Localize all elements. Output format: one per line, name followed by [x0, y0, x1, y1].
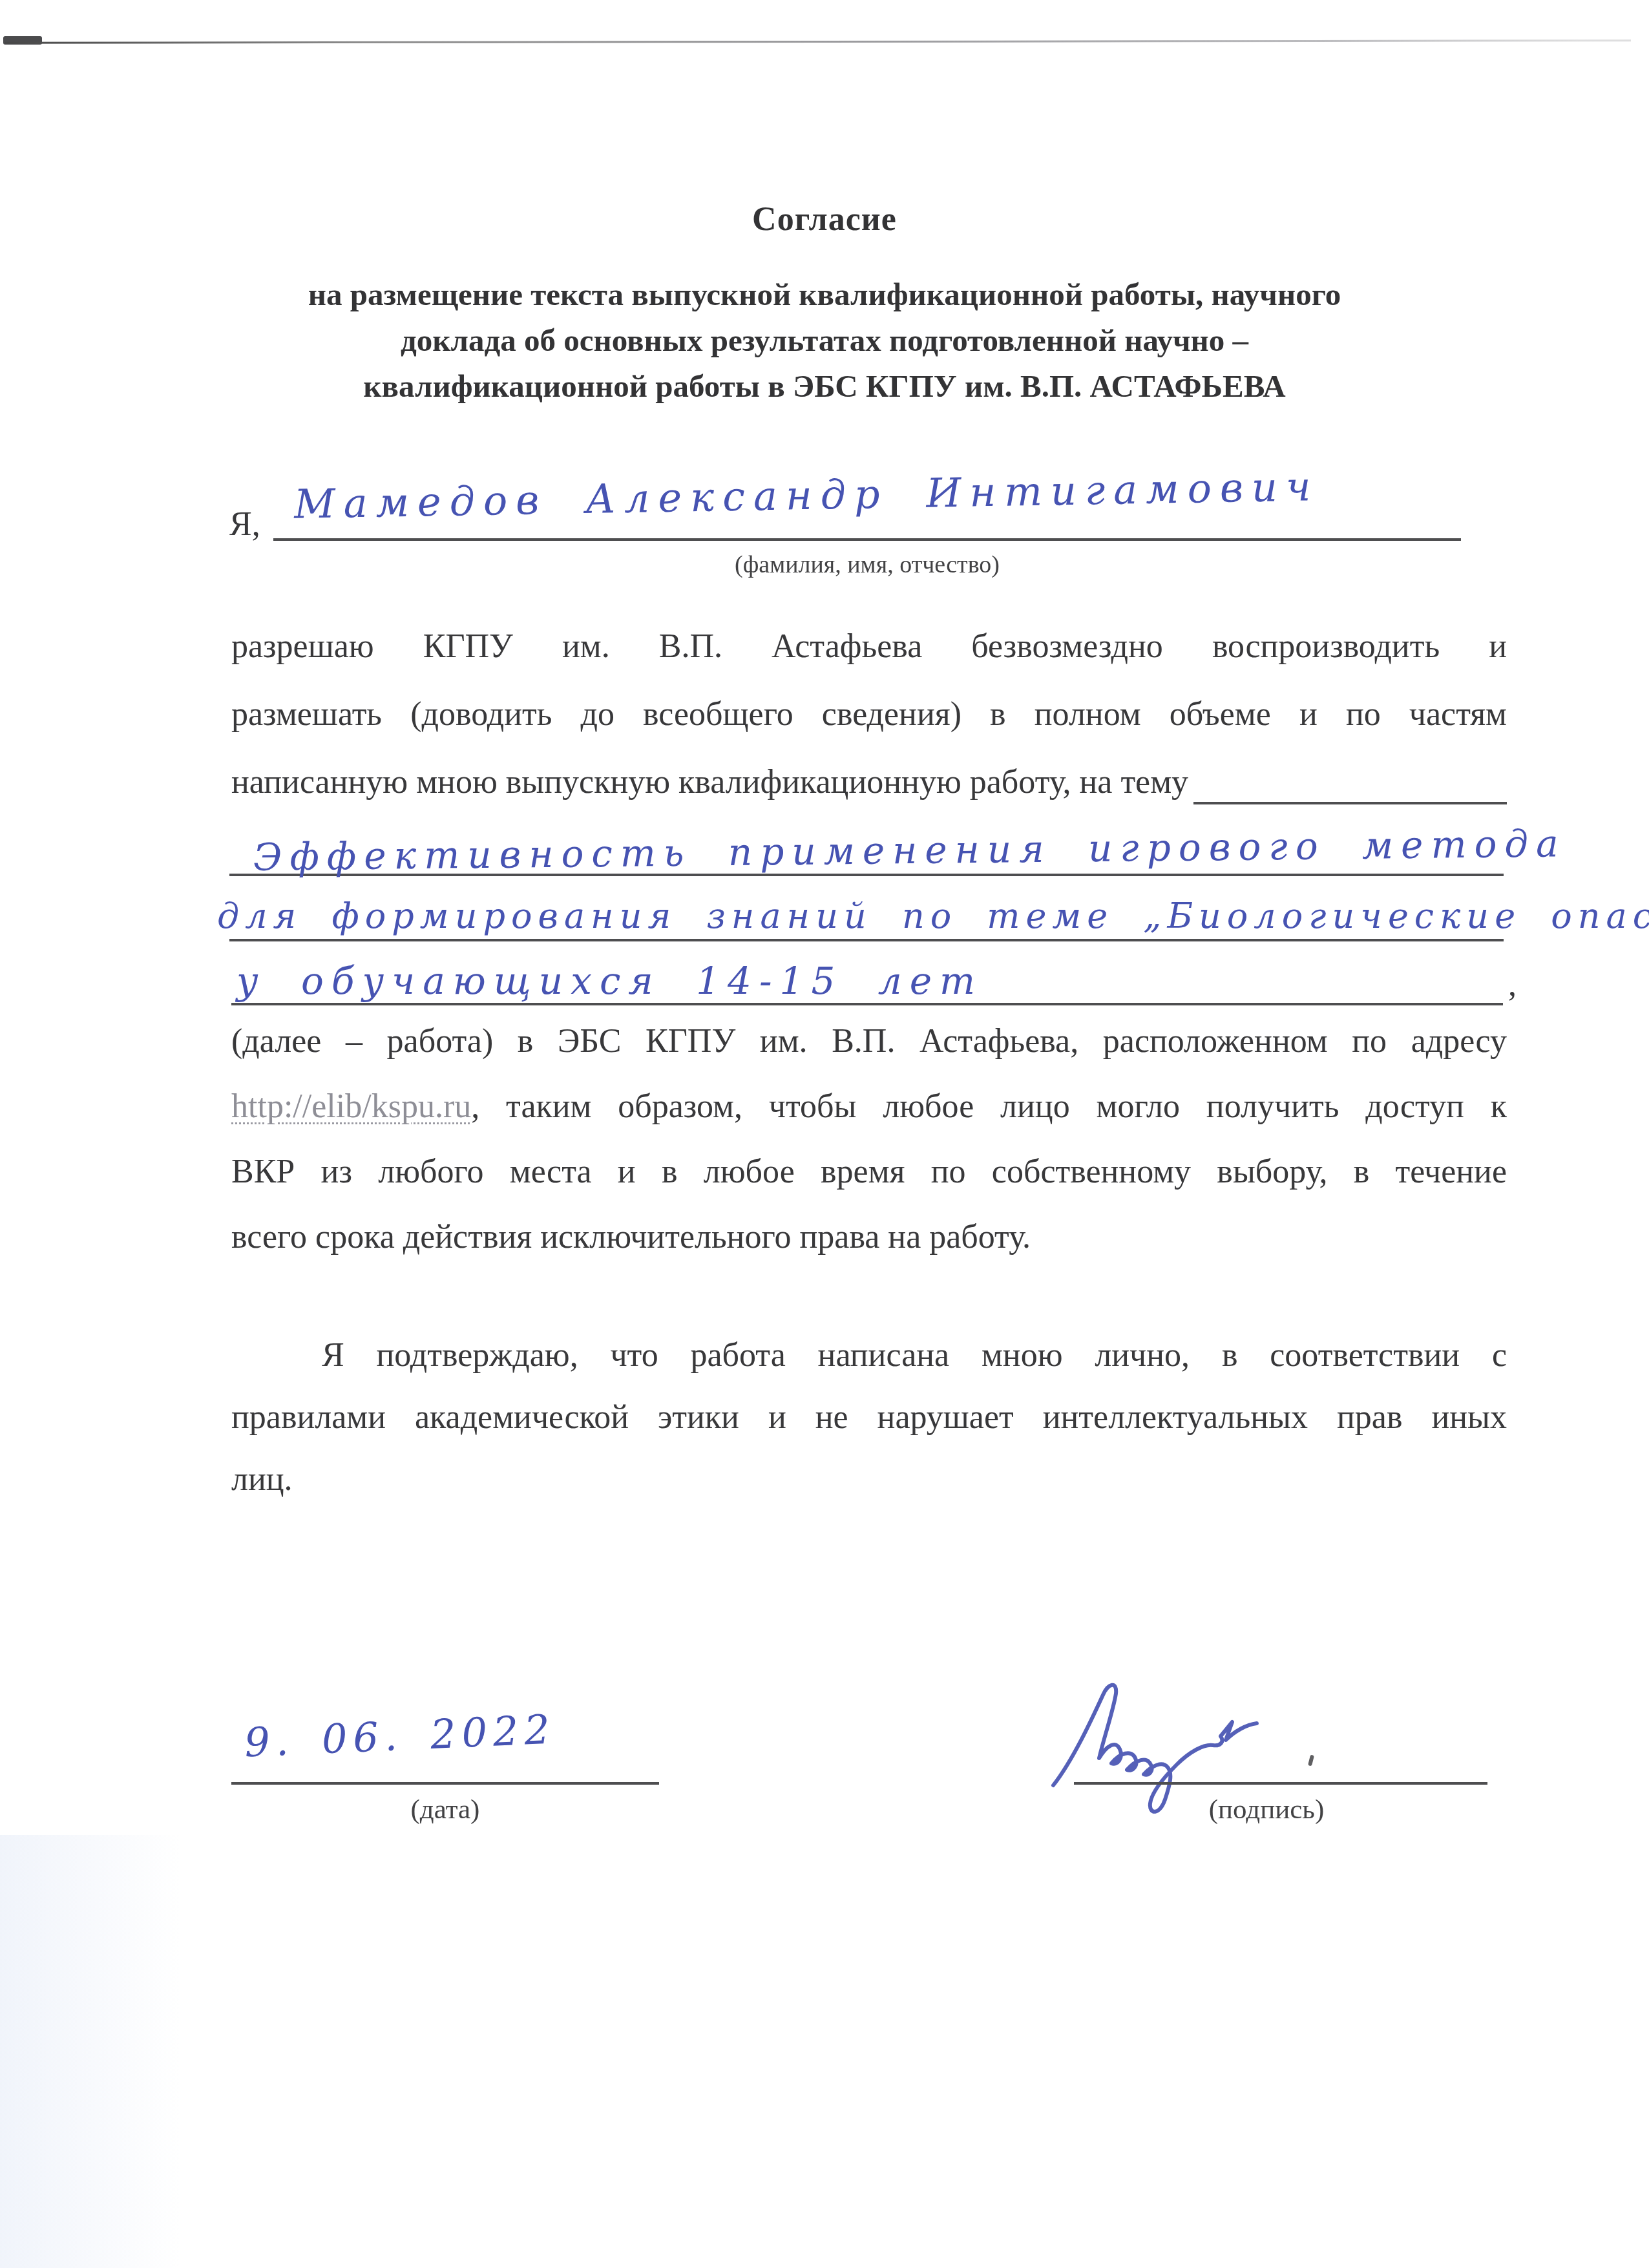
scan-shading — [0, 1835, 181, 2268]
topic-line-rule-3 — [231, 1003, 1503, 1005]
location-line-3: ВКР из любого места и в любое время по с… — [231, 1139, 1507, 1204]
date-field-caption: (дата) — [231, 1794, 659, 1825]
handwritten-name: Мамедов Александр Интигамович — [293, 463, 1319, 528]
location-line-2: http://elib/kspu.ru, таким образом, чтоб… — [231, 1074, 1507, 1139]
topic-blank-line — [1193, 802, 1507, 804]
topic-line-rule-2 — [229, 939, 1504, 941]
location-line-2-rest: , таким образом, чтобы любое лицо могло … — [471, 1088, 1507, 1125]
subtitle-line-2: доклада об основных результатах подготов… — [181, 317, 1468, 363]
consent-paragraph: разрешаю КГПУ им. В.П. Астафьева безвозм… — [231, 613, 1507, 816]
date-field-line — [231, 1782, 659, 1785]
document-subtitle: на размещение текста выпускной квалифика… — [181, 271, 1468, 409]
consent-line-3: написанную мною выпускную квалификационн… — [231, 748, 1507, 816]
scan-artifact-line — [5, 39, 1631, 44]
name-prefix-label: Я, — [229, 505, 260, 543]
subtitle-line-1: на размещение текста выпускной квалифика… — [181, 271, 1468, 317]
document-title: Согласие — [0, 200, 1649, 238]
handwritten-topic-line-3: у обучающихся 14-15 лет — [236, 959, 983, 1003]
location-paragraph: (далее – работа) в ЭБС КГПУ им. В.П. Аст… — [231, 1009, 1507, 1270]
handwritten-topic-line-1: Эффективность применения игрового метода — [253, 821, 1566, 879]
handwritten-date: 9. 06. 2022 — [244, 1706, 557, 1767]
ethics-paragraph: Я подтверждаю, что работа написана мною … — [231, 1325, 1507, 1511]
ethics-line-3: лиц. — [231, 1449, 1507, 1511]
scanned-consent-document: Согласие на размещение текста выпускной … — [0, 0, 1649, 2268]
subtitle-line-3: квалификационной работы в ЭБС КГПУ им. В… — [181, 363, 1468, 409]
topic-trailing-comma: , — [1508, 965, 1517, 1003]
name-field-line — [273, 538, 1461, 541]
elib-url-text: http://elib/kspu.ru — [231, 1088, 471, 1125]
handwritten-topic-line-2: для формирования знаний по теме „Биологи… — [217, 896, 1649, 936]
consent-line-3-text: написанную мною выпускную квалификационн… — [231, 748, 1188, 816]
consent-line-1: разрешаю КГПУ им. В.П. Астафьева безвозм… — [231, 613, 1507, 680]
consent-line-2: размешать (доводить до всеобщего сведени… — [231, 680, 1507, 748]
location-line-1: (далее – работа) в ЭБС КГПУ им. В.П. Аст… — [231, 1009, 1507, 1074]
ethics-line-1: Я подтверждаю, что работа написана мною … — [231, 1325, 1507, 1387]
name-field-caption: (фамилия, имя, отчество) — [273, 551, 1461, 579]
location-line-4: всего срока действия исключительного пра… — [231, 1204, 1507, 1270]
signature-field-line — [1074, 1782, 1487, 1785]
ethics-line-2: правилами академической этики и не наруш… — [231, 1387, 1507, 1449]
signature-field-caption: (подпись) — [1060, 1794, 1473, 1825]
